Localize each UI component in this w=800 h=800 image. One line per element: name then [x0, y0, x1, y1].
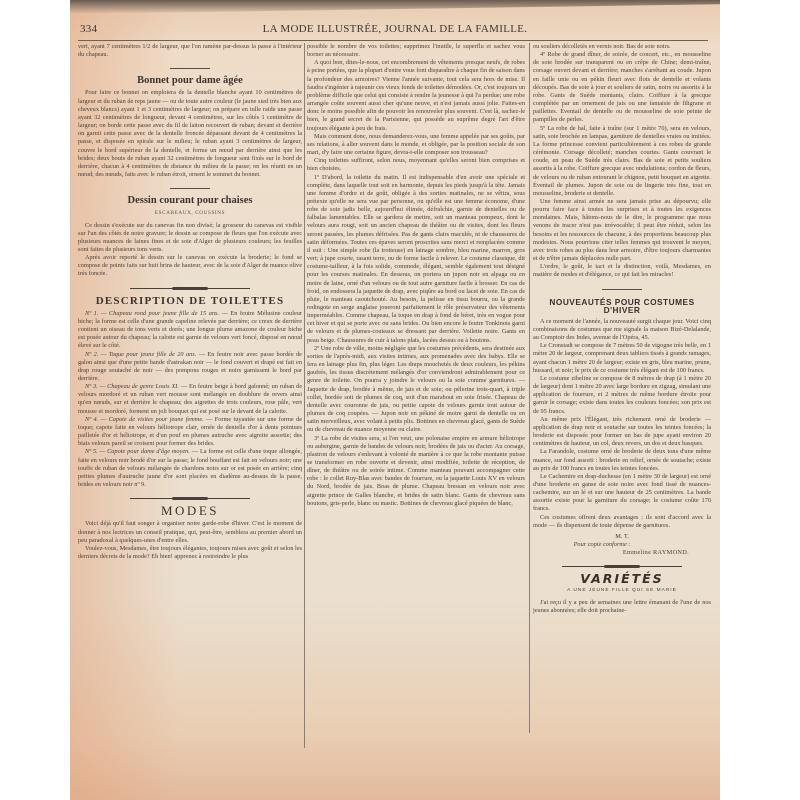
section-rule [170, 188, 210, 189]
ornamental-rule [562, 565, 682, 568]
section-subtitle-dessin: Escabeaux, coussins [78, 209, 302, 217]
author-initials: M. T. [533, 533, 711, 541]
column-middle: possible le nombre de vos toilettes; sup… [307, 43, 525, 508]
column-right: ou souliers décolletés en vernis noir. B… [533, 43, 711, 615]
modes-paragraph: Voulez-vous, Mesdames, être toujours élé… [78, 545, 302, 561]
dessin-paragraph: Ce dessin s'exécute sur du canevas fin n… [78, 222, 302, 255]
toilette-item: Nº 3. — Chapeau de genre Louis XI. — En … [78, 383, 302, 416]
dessin-paragraph: Après avoir reporté le dessin sur le can… [78, 254, 302, 278]
author-signature: Emmeline RAYMOND. [533, 549, 711, 557]
toilette-item: Nº 5. — Capote pour dame d'âge moyen. — … [78, 448, 302, 489]
column-divider [304, 43, 305, 748]
section-title-modes: MODES [78, 507, 302, 515]
toilette-item: Nº 4. — Capote de visites pour jeune fem… [78, 416, 302, 449]
toilette-item: Nº 2. — Toque pour jeune fille de 20 ans… [78, 351, 302, 384]
section-rule [602, 289, 642, 290]
modes-paragraph: Voici déjà qu'il faut songer à organiser… [78, 520, 302, 544]
modes-continued: possible le nombre de vos toilettes; sup… [307, 43, 525, 59]
nouveautes-paragraph: Au même prix l'Élégant, très richement o… [533, 416, 711, 449]
section-title-bonnet: Bonnet pour dame âgée [78, 77, 302, 85]
modes-paragraph: L'ordre, le goût, le tact et la distinct… [533, 263, 711, 279]
modes-paragraph: Une femme ainsi armée ne sera jamais pri… [533, 198, 711, 263]
nouveautes-paragraph: La Farandole, costume orné de broderie d… [533, 448, 711, 472]
item-label: Nº 3. — Chapeau de genre Louis XI. [85, 383, 179, 390]
nouveautes-paragraph: A ce moment de l'année, la nouveauté sur… [533, 318, 711, 342]
journal-title: LA MODE ILLUSTRÉE, JOURNAL DE LA FAMILLE… [80, 23, 710, 35]
ornamental-rule [130, 497, 250, 500]
modes-paragraph: Mais comment donc, nous demanderez-vous,… [307, 133, 525, 157]
bonnet-text: Pour faire ce bonnet on emploiera de la … [78, 89, 302, 179]
section-title-description: DESCRIPTION DE TOILETTES [78, 297, 302, 305]
modes-continued: ou souliers décolletés en vernis noir. B… [533, 43, 711, 51]
modes-paragraph-diner: 4º Robe de grand dîner, de soirée, de co… [533, 51, 711, 124]
toilette-item: Nº 1. — Chapeau rond pour jeune fille de… [78, 310, 302, 351]
modes-paragraph: Cinq toilettes suffiront, selon nous, mo… [307, 157, 525, 173]
newspaper-page: 334 LA MODE ILLUSTRÉE, JOURNAL DE LA FAM… [70, 0, 720, 800]
section-title-dessin: Dessin courant pour chaises [78, 197, 302, 205]
header-rule [78, 40, 708, 41]
column-divider [529, 43, 530, 733]
running-header: 334 LA MODE ILLUSTRÉE, JOURNAL DE LA FAM… [80, 23, 710, 37]
modes-paragraph-bal: 5º La robe de bal, faite à traîne (sur 1… [533, 125, 711, 198]
section-subtitle-varietes: A UNE JEUNE FILLE QUI SE MARIE [533, 587, 711, 595]
nouveautes-paragraph: Le Cronstadt se compose de 7 mètres 50 d… [533, 342, 711, 375]
continued-text: vert, ayant 7 centimètres 1/2 de largeur… [78, 43, 302, 59]
nouveautes-paragraph: Ces costumes offrent deux avantages : il… [533, 514, 711, 530]
section-title-varietes: VARIÉTÉS [533, 575, 711, 583]
subtitle-text: Escabeaux, coussins [155, 210, 225, 216]
item-label: Nº 4. — Capote de visites pour jeune fem… [85, 416, 204, 423]
modes-paragraph: A quoi bon, dites-le-nous, cet encombrem… [307, 59, 525, 132]
modes-paragraph-ville: 2º Une robe de ville, moins négligée que… [307, 345, 525, 435]
ornamental-rule [130, 287, 250, 290]
column-left: vert, ayant 7 centimètres 1/2 de largeur… [78, 43, 302, 561]
nouveautes-paragraph: Le costume zibeline se compose de 8 mètr… [533, 375, 711, 416]
nouveautes-paragraph: Le Cachemire en drap-duchesse (en 1 mètr… [533, 473, 711, 514]
item-label: Nº 5. — Capote pour dame d'âge moyen. [85, 448, 190, 455]
item-label: Nº 1. — Chapeau rond pour jeune fille de… [85, 310, 219, 317]
item-label: Nº 2. — Toque pour jeune fille de 20 ans… [85, 351, 196, 358]
copy-note: Pour copie conforme : [533, 541, 711, 549]
varietes-paragraph: J'ai reçu il y a peu de semaines une let… [533, 599, 711, 615]
section-rule [170, 68, 210, 69]
modes-paragraph-matin: 1º D'abord, la toilette du matin. Il est… [307, 174, 525, 345]
modes-paragraph-visites: 3º La robe de visites sera, si l'on veut… [307, 435, 525, 508]
section-title-nouveautes: NOUVEAUTÉS POUR COSTUMES D'HIVER [533, 298, 711, 314]
